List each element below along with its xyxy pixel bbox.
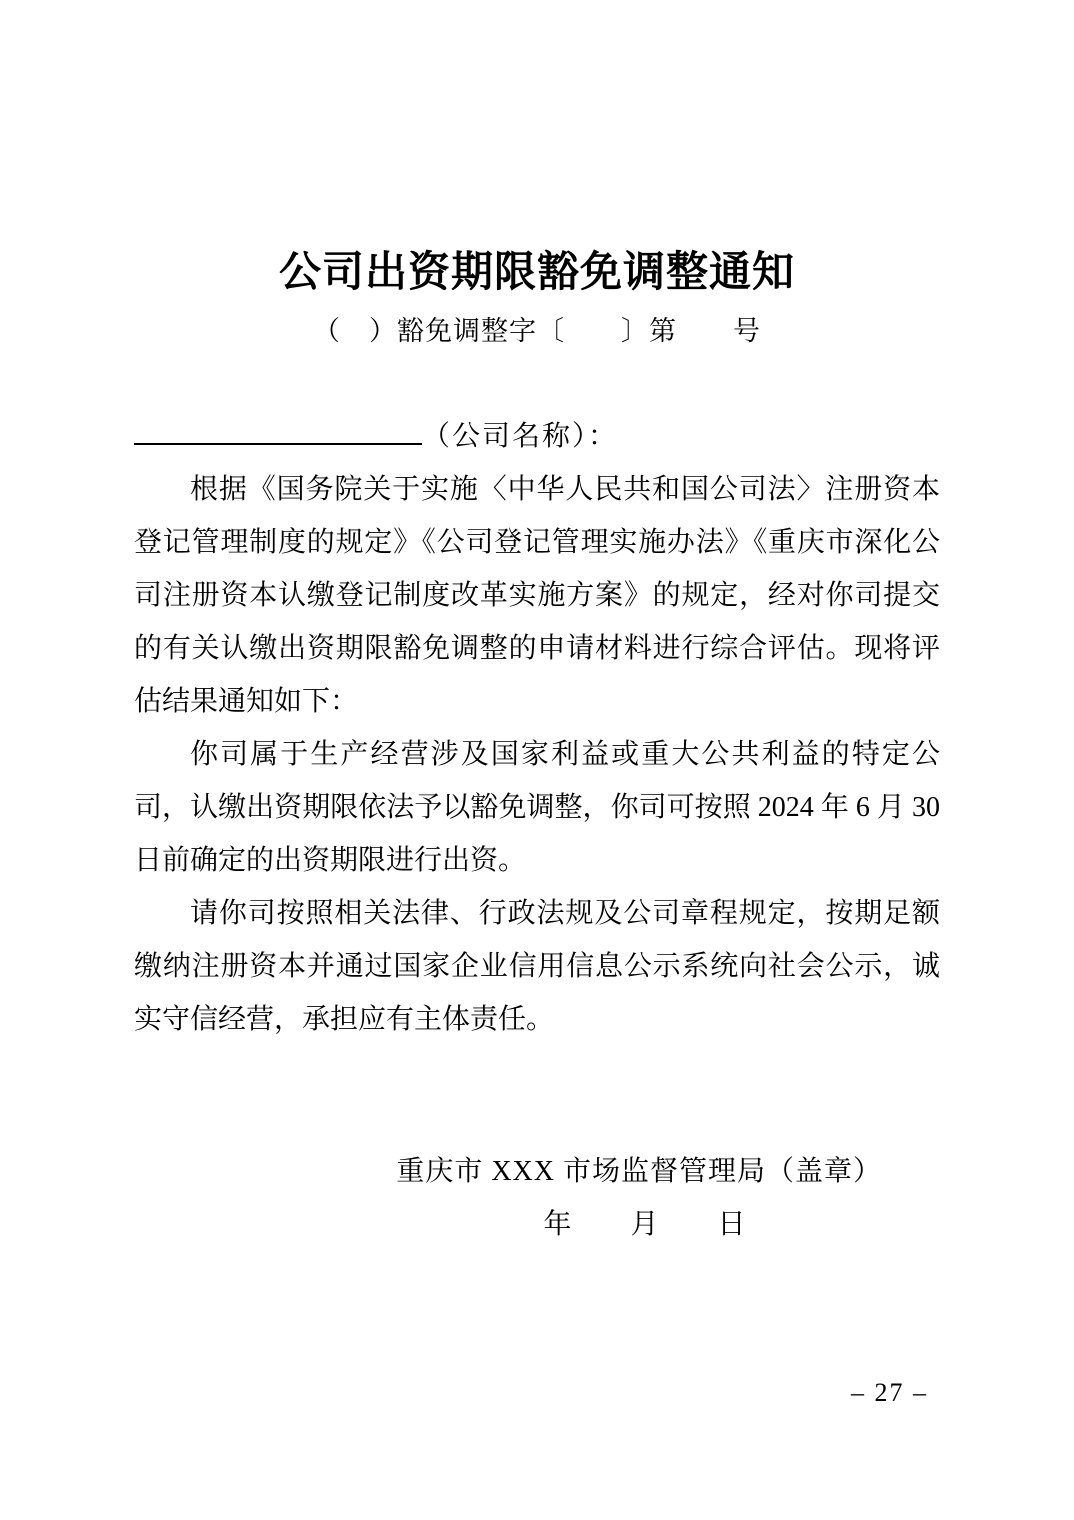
document-body: 根据《国务院关于实施〈中华人民共和国公司法〉注册资本登记管理制度的规定》《公司登… [134,463,940,1046]
page-number: – 27 – [851,1378,928,1408]
body-paragraph: 根据《国务院关于实施〈中华人民共和国公司法〉注册资本登记管理制度的规定》《公司登… [134,463,940,728]
body-paragraph: 你司属于生产经营涉及国家利益或重大公共利益的特定公司，认缴出资期限依法予以豁免调… [134,728,940,887]
signature-block: 重庆市 XXX 市场监督管理局（盖章） 年 月 日 [134,1145,940,1251]
company-name-blank-field [134,411,422,445]
doc-number-line: （ ）豁免调整字〔 〕第 号 [134,313,940,351]
document-page: 公司出资期限豁免调整通知 （ ）豁免调整字〔 〕第 号 （公司名称）： 根据《国… [0,0,1074,1520]
issuing-authority: 重庆市 XXX 市场监督管理局（盖章） [134,1145,940,1198]
body-paragraph: 请你司按照相关法律、行政法规及公司章程规定，按期足额缴纳注册资本并通过国家企业信… [134,887,940,1046]
recipient-line: （公司名称）： [134,410,940,463]
doc-title: 公司出资期限豁免调整通知 [134,246,940,299]
company-name-label: （公司名称）： [422,421,618,452]
date-line: 年 月 日 [134,1198,940,1251]
